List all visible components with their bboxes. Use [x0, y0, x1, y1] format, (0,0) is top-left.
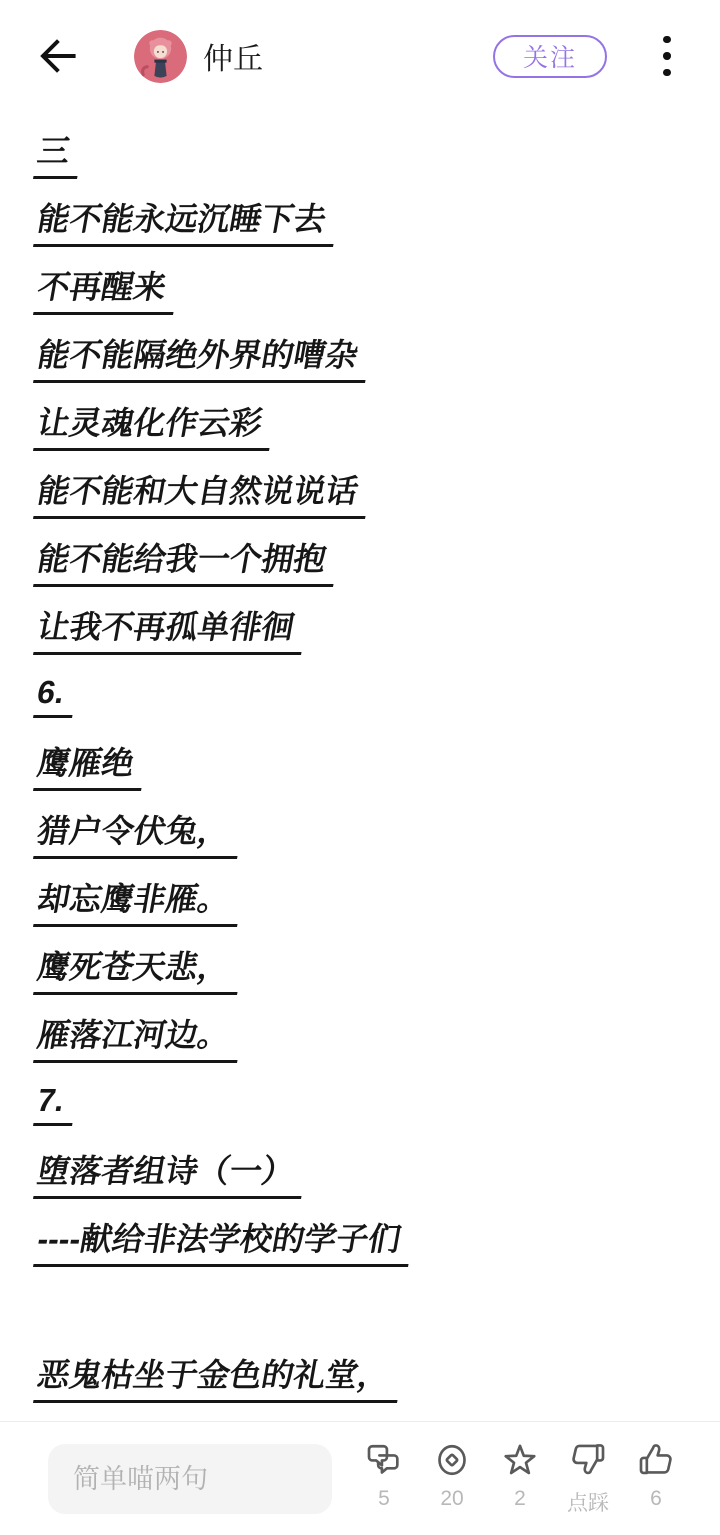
comment-count: 5	[378, 1487, 390, 1511]
content-line: 6.	[33, 662, 700, 730]
star-icon	[500, 1440, 540, 1480]
content-line: 猎户令伏兔，	[33, 798, 700, 866]
comment-action[interactable]: 5	[364, 1440, 404, 1517]
bottom-bar: 5 20 2 点踩	[0, 1421, 720, 1535]
content-line: 能不能给我一个拥抱	[33, 526, 700, 594]
avatar-image	[134, 30, 187, 83]
favorite-action[interactable]: 2	[500, 1440, 540, 1517]
comment-icon	[364, 1440, 404, 1480]
thumbs-up-icon	[636, 1440, 676, 1480]
back-arrow-icon	[36, 35, 78, 77]
content-line: 鹰雁绝	[33, 730, 700, 798]
content-line	[33, 1274, 700, 1342]
kebab-menu-icon[interactable]	[647, 36, 687, 77]
header: 仲丘 关注	[0, 0, 720, 112]
content-line: 能不能和大自然说说话	[33, 458, 700, 526]
avatar[interactable]	[134, 30, 187, 83]
follow-button[interactable]: 关注	[493, 35, 607, 78]
downvote-label: 点踩	[567, 1487, 609, 1517]
content-line: 能不能永远沉睡下去	[33, 186, 700, 254]
content-line: 鹰死苍天悲，	[33, 934, 700, 1002]
content-line: 堕落者组诗（一）	[33, 1138, 700, 1206]
content-line: ----献给非法学校的学子们	[33, 1206, 700, 1274]
content-line: 不再醒来	[33, 254, 700, 322]
upvote-action[interactable]: 6	[636, 1440, 676, 1517]
recommend-count: 20	[440, 1487, 463, 1511]
downvote-action[interactable]: 点踩	[568, 1440, 608, 1517]
content-line: 能不能隔绝外界的嘈杂	[33, 322, 700, 390]
recommend-action[interactable]: 20	[432, 1440, 472, 1517]
thumbs-down-icon	[568, 1440, 608, 1480]
content-line: 却忘鹰非雁。	[33, 866, 700, 934]
action-bar: 5 20 2 点踩	[332, 1422, 720, 1517]
username[interactable]: 仲丘	[203, 34, 263, 78]
favorite-count: 2	[514, 1487, 526, 1511]
content-line: 让我不再孤单徘徊	[33, 594, 700, 662]
post-content: 三能不能永远沉睡下去不再醒来能不能隔绝外界的嘈杂让灵魂化作云彩能不能和大自然说说…	[33, 118, 700, 1410]
content-line: 7.	[33, 1070, 700, 1138]
recommend-icon	[432, 1440, 472, 1480]
content-line: 恶鬼枯坐于金色的礼堂，	[33, 1342, 700, 1410]
upvote-count: 6	[650, 1487, 662, 1511]
content-line: 三	[33, 118, 700, 186]
content-line: 让灵魂化作云彩	[33, 390, 700, 458]
content-line: 雁落江河边。	[33, 1002, 700, 1070]
comment-input[interactable]	[48, 1444, 332, 1514]
back-button[interactable]	[34, 33, 80, 79]
